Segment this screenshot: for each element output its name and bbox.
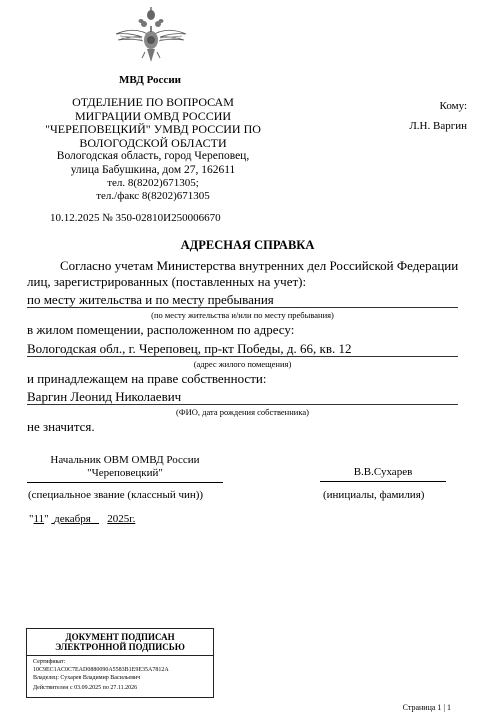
org-fax: тел./факс 8(8202)671305 <box>28 190 278 203</box>
date-month: декабря <box>51 513 99 525</box>
signatory-position: Начальник ОВМ ОМВД России "Череповецкий" <box>27 454 223 483</box>
name-caption: (инициалы, фамилия) <box>323 489 424 501</box>
date-year: 2025г. <box>107 513 135 525</box>
ministry-name: МВД России <box>60 74 240 86</box>
mvd-emblem-icon <box>112 6 190 68</box>
recipient-block: Кому: Л.Н. Варгин <box>409 96 467 136</box>
certificate-serial: 10C9EC1AC0C7EAD0880090A5583B1E9E35A7812A <box>33 666 207 674</box>
stamp-title: ЭЛЕКТРОННОЙ ПОДПИСЬЮ <box>33 642 207 652</box>
address-field: Вологодская обл., г. Череповец, пр-кт По… <box>27 341 458 357</box>
document-number: 10.12.2025 № 350-02810И250006670 <box>50 212 221 224</box>
org-line: ВОЛОГОДСКОЙ ОБЛАСТИ <box>28 137 278 151</box>
recipient-label: Кому: <box>409 96 467 116</box>
certificate-owner: Владелец: Сухарев Владимир Васильевич <box>33 674 207 682</box>
org-address-line: Вологодская область, город Череповец, <box>28 150 278 164</box>
org-line: МИГРАЦИИ ОМВД РОССИИ <box>28 110 278 124</box>
intro-paragraph: Согласно учетам Министерства внутренних … <box>27 258 467 290</box>
owner-field: Варгин Леонид Николаевич <box>27 389 458 405</box>
org-address-line: улица Бабушкина, дом 27, 162611 <box>28 164 278 178</box>
address-intro: в жилом помещении, расположенном по адре… <box>27 322 467 338</box>
electronic-signature-stamp: ДОКУМЕНТ ПОДПИСАН ЭЛЕКТРОННОЙ ПОДПИСЬЮ С… <box>26 628 214 698</box>
signatory-position-line: "Череповецкий" <box>27 467 223 480</box>
registration-type-caption: (по месту жительства и/или по месту преб… <box>27 310 458 320</box>
registration-type-field: по месту жительства и по месту пребывани… <box>27 292 458 308</box>
owner-caption: (ФИО, дата рождения собственника) <box>27 407 458 417</box>
organization-block: ОТДЕЛЕНИЕ ПО ВОПРОСАМ МИГРАЦИИ ОМВД РОСС… <box>28 96 278 202</box>
org-phone: тел. 8(8202)671305; <box>28 177 278 190</box>
result-text: не значится. <box>27 419 467 435</box>
signatory-name: В.В.Сухарев <box>320 466 446 482</box>
address-caption: (адрес жилого помещения) <box>27 359 458 369</box>
recipient-name: Л.Н. Варгин <box>409 116 467 136</box>
position-caption: (специальное звание (классный чин)) <box>28 489 203 501</box>
certificate-label: Сертификат: <box>33 658 207 666</box>
date-day: 11 <box>34 513 45 525</box>
owner-intro: и принадлежащем на праве собственности: <box>27 371 467 387</box>
document-title: АДРЕСНАЯ СПРАВКА <box>0 238 495 253</box>
org-line: "ЧЕРЕПОВЕЦКИЙ" УМВД РОССИИ ПО <box>28 123 278 137</box>
signature-date: "11" декабря 2025г. <box>29 513 135 525</box>
page-number: Страница 1 | 1 <box>403 703 451 712</box>
org-line: ОТДЕЛЕНИЕ ПО ВОПРОСАМ <box>28 96 278 110</box>
stamp-title: ДОКУМЕНТ ПОДПИСАН <box>33 632 207 642</box>
signatory-position-line: Начальник ОВМ ОМВД России <box>27 454 223 467</box>
date-quote: " <box>44 513 49 525</box>
stamp-divider <box>27 655 213 656</box>
certificate-validity: Действителен с 03.09.2025 по 27.11.2026 <box>33 684 207 692</box>
